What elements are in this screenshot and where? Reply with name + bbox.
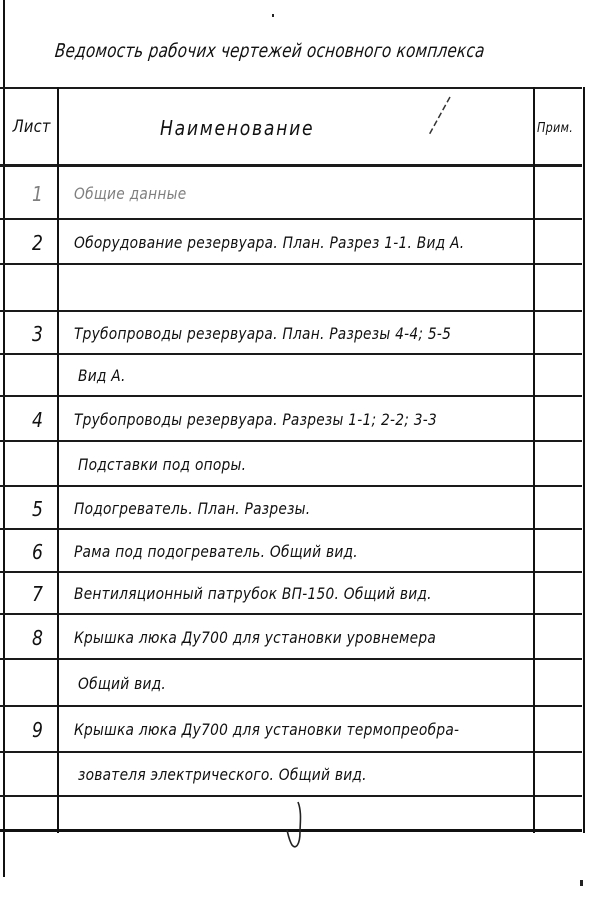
drawing-name: Трубопроводы резервуара. План. Разрезы 4… <box>74 324 451 343</box>
column-header-sheet: Лист <box>8 117 55 137</box>
drawing-name: Трубопроводы резервуара. Разрезы 1-1; 2-… <box>74 410 437 429</box>
sheet-number: 5 <box>14 497 61 521</box>
table-row: 2Оборудование резервуара. План. Разрез 1… <box>0 220 582 265</box>
drawing-name: Крышка люка Ду700 для установки термопре… <box>74 720 459 739</box>
sheet-number: 8 <box>14 626 61 650</box>
drawing-name: Подогреватель. План. Разрезы. <box>74 499 310 518</box>
column-header-note: Прим. <box>537 121 578 136</box>
drawing-name: Общий вид. <box>78 674 166 693</box>
table-header-row: Лист Наименование Прим. <box>0 87 582 167</box>
column-divider <box>533 87 535 833</box>
sheet-number: 6 <box>14 540 61 564</box>
sheet-number: 1 <box>14 182 61 206</box>
drawing-name: зователя электрического. Общий вид. <box>78 765 367 784</box>
table-row: 4Трубопроводы резервуара. Разрезы 1-1; 2… <box>0 397 582 442</box>
document-title: Ведомость рабочих чертежей основного ком… <box>54 40 486 62</box>
table-row: 3Трубопроводы резервуара. План. Разрезы … <box>0 312 582 355</box>
drawing-name: Крышка люка Ду700 для установки уровнеме… <box>74 628 436 647</box>
table-row: зователя электрического. Общий вид. <box>0 753 582 797</box>
sheet-number: 2 <box>14 231 61 255</box>
speck <box>272 14 274 17</box>
drawing-name: Подставки под опоры. <box>78 455 246 474</box>
table-row: 7Вентиляционный патрубок ВП-150. Общий в… <box>0 573 582 615</box>
sheet-number: 4 <box>14 408 61 432</box>
speck <box>580 880 583 886</box>
table-row: 5Подогреватель. План. Разрезы. <box>0 487 582 530</box>
drawing-name: Оборудование резервуара. План. Разрез 1-… <box>74 233 464 252</box>
column-divider <box>57 87 59 833</box>
drawing-name: Рама под подогреватель. Общий вид. <box>74 542 358 561</box>
drawing-name: Общие данные <box>74 184 186 203</box>
table-row <box>0 265 582 312</box>
table-row: 8Крышка люка Ду700 для установки уровнем… <box>0 615 582 660</box>
sheet-number: 9 <box>14 718 61 742</box>
drawing-name: Вид А. <box>78 366 126 385</box>
table-right-border <box>583 87 585 833</box>
drawing-name: Вентиляционный патрубок ВП-150. Общий ви… <box>74 584 432 603</box>
table-row: 9Крышка люка Ду700 для установки термопр… <box>0 707 582 753</box>
sheet-number: 3 <box>14 322 61 346</box>
pen-mark <box>286 800 316 855</box>
table-row: Подставки под опоры. <box>0 442 582 487</box>
table-row: 1Общие данные <box>0 167 582 220</box>
table-row: Вид А. <box>0 355 582 397</box>
table-row: 6Рама под подогреватель. Общий вид. <box>0 530 582 573</box>
sheet-number: 7 <box>14 582 61 606</box>
table-row: Общий вид. <box>0 660 582 707</box>
column-header-name: Наименование <box>160 116 314 140</box>
